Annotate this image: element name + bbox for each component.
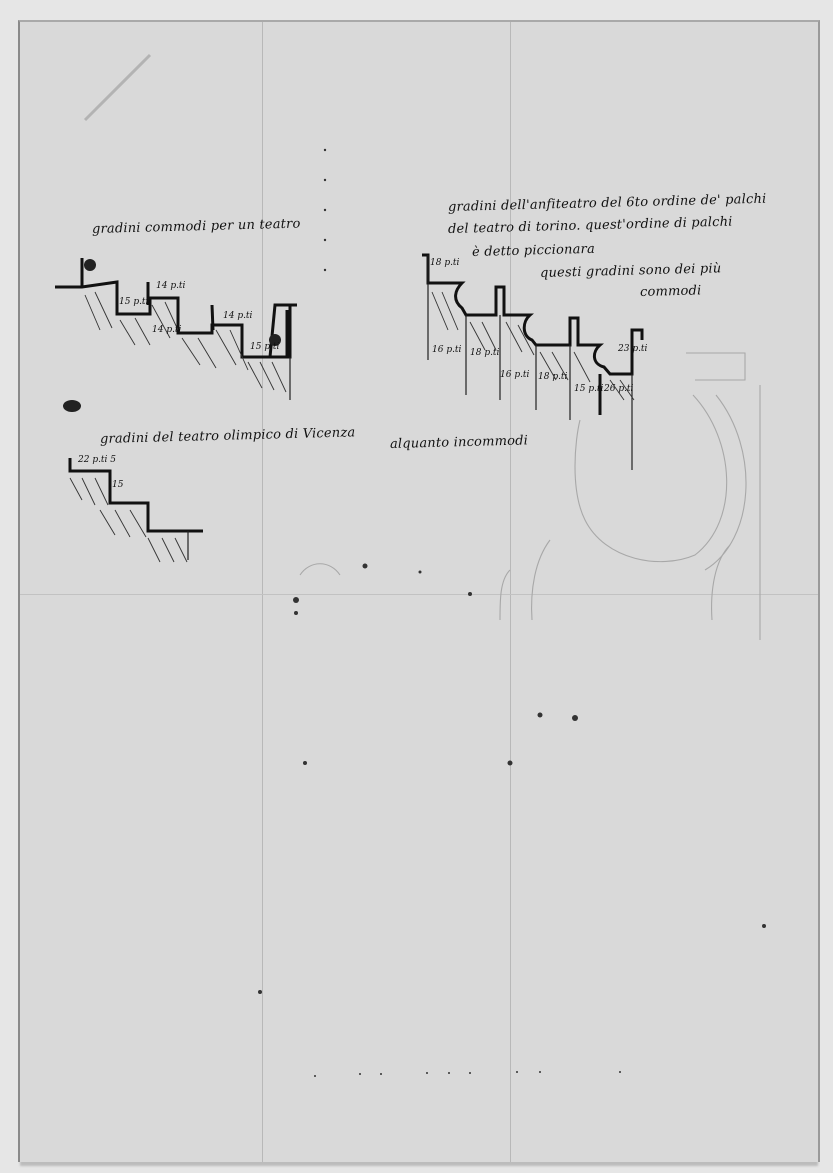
dimension-label: 15 p.ti bbox=[119, 297, 148, 307]
ink-blot bbox=[63, 400, 81, 412]
dimension-label: 14 p.ti bbox=[223, 311, 252, 321]
dimension-label: 15 bbox=[112, 480, 123, 490]
note-most-comfortable-line2: commodi bbox=[640, 283, 702, 300]
dimension-label: 16 p.ti bbox=[500, 370, 529, 380]
drawings-layer bbox=[0, 0, 833, 1173]
dimension-label: 18 p.ti bbox=[538, 372, 567, 382]
dimension-label: 22 p.ti 5 bbox=[78, 455, 116, 465]
dimension-label: 14 p.ti bbox=[156, 281, 185, 291]
dimension-label: 23 p.ti bbox=[618, 344, 647, 354]
dimension-label: 18 p.ti bbox=[470, 348, 499, 358]
stair-section-sketch-3 bbox=[70, 458, 203, 562]
dimension-label: 15 p.ti bbox=[250, 342, 279, 352]
caption-turin-line3: è detto piccionara bbox=[472, 242, 595, 260]
dimension-label: 15 p.ti bbox=[574, 384, 603, 394]
dimension-label: 18 p.ti bbox=[430, 258, 459, 268]
dimension-label: 26 p.ti bbox=[604, 384, 633, 394]
ink-smudge bbox=[85, 55, 150, 120]
dimension-label: 16 p.ti bbox=[432, 345, 461, 355]
dimension-label: 14 p.ti bbox=[152, 325, 181, 335]
faint-pencil-theatre-plan bbox=[300, 353, 760, 640]
